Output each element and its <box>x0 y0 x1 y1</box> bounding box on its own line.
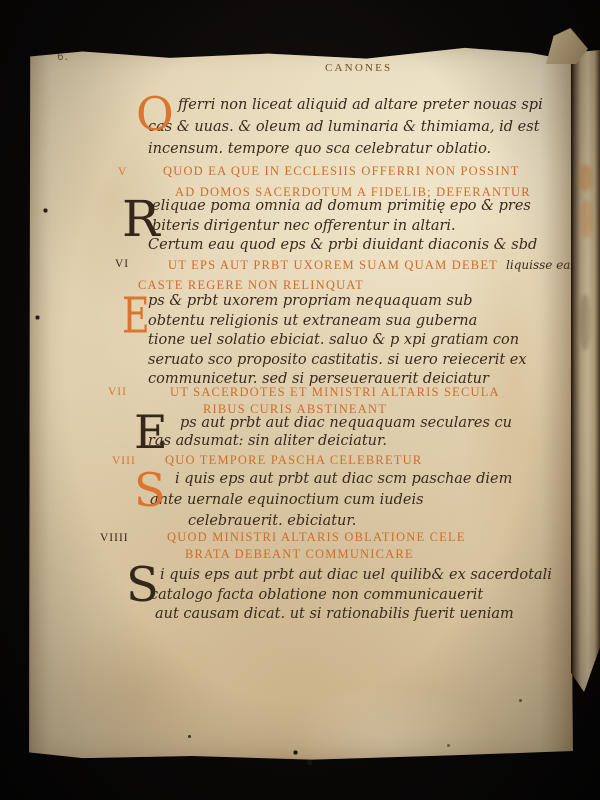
drop-cap-initial: R <box>122 194 160 244</box>
text-line: i quis eps aut prbt aut diac scm paschae… <box>148 471 600 492</box>
drop-cap-initial: S <box>126 561 159 609</box>
text-line: ante uernale equinoctium cum iudeis <box>148 492 600 513</box>
drop-cap-initial: E <box>122 291 150 340</box>
drop-cap-initial: S <box>134 467 166 513</box>
canon-paragraph: S i quis eps aut prbt aut diac uel quili… <box>148 567 600 626</box>
canon-paragraph: O fferri non liceat aliquid ad altare pr… <box>148 97 600 163</box>
chapter-numeral: VII <box>108 386 127 398</box>
ink-bleed-mark <box>579 165 592 191</box>
canon-paragraph: S i quis eps aut prbt aut diac scm pasch… <box>148 471 600 534</box>
rubric-line: UT EPS AUT PRBT UXOREM SUAM QUAM DEBETli… <box>148 258 600 278</box>
rubric-line: BRATA DEBEANT COMMUNICARE <box>148 547 600 564</box>
text-line: aut causam dicat. ut si rationabilis fue… <box>148 606 600 626</box>
rubric-heading: VIIII QUOD MINISTRI ALTARIS OBLATIONE CE… <box>148 530 600 564</box>
rubric-line: QUOD MINISTRI ALTARIS OBLATIONE CELE <box>148 530 600 547</box>
canon-paragraph: E ps aut prbt aut diac nequaquam secular… <box>148 415 600 451</box>
rubric-line: QUOD EA QUE IN ECCLESIIS OFFERRI NON POS… <box>148 164 600 185</box>
parchment-stain <box>48 615 228 765</box>
canon-paragraph: E ps & prbt uxorem propriam nequaquam su… <box>148 293 600 391</box>
ink-bleed-mark <box>580 295 590 350</box>
chapter-numeral: V <box>118 166 127 178</box>
book-fore-edge <box>571 50 600 692</box>
text-line: i quis eps aut prbt aut diac uel quilib&… <box>148 567 600 587</box>
manuscript-photo: 6. CANONES O fferri non liceat aliquid a… <box>0 0 600 800</box>
chapter-numeral: VIIII <box>100 532 129 544</box>
folio-number: 6. <box>57 51 69 63</box>
text-line: obtentu religionis ut extraneam sua gube… <box>148 313 600 333</box>
ink-bleed-mark <box>581 200 592 238</box>
chapter-numeral: VIII <box>112 455 136 467</box>
text-line: cas & uuas. & oleum ad luminaria & thimi… <box>148 119 600 141</box>
text-line: eliquae poma omnia ad domum primitię epo… <box>148 198 600 218</box>
drop-cap-initial: E <box>134 409 168 455</box>
drop-cap-initial: O <box>136 91 174 137</box>
running-title: CANONES <box>325 62 392 74</box>
chapter-numeral: VI <box>115 258 129 270</box>
text-line: tione uel solatio ebiciat. saluo & p xpi… <box>148 332 600 352</box>
parchment-page: 6. CANONES O fferri non liceat aliquid a… <box>28 45 574 761</box>
rubric-line: QUO TEMPORE PASCHA CELEBRETUR <box>148 453 600 470</box>
text-line: Certum eau quod eps & prbi diuidant diac… <box>148 237 600 257</box>
rubric-heading: VII UT SACERDOTES ET MINISTRI ALTARIS SE… <box>148 385 600 419</box>
marginal-addition: liquisse eas. <box>506 258 580 272</box>
parchment-stain <box>278 685 498 795</box>
canon-paragraph: R eliquae poma omnia ad domum primitię e… <box>148 198 600 257</box>
ink-specks <box>0 0 1 1</box>
text-line: ps aut prbt aut diac nequaquam seculares… <box>148 415 600 433</box>
rubric-heading: VIII QUO TEMPORE PASCHA CELEBRETUR <box>148 453 600 470</box>
text-line: ras adsumat: sin aliter deiciatur. <box>148 433 600 451</box>
text-line: incensum. tempore quo sca celebratur obl… <box>148 141 600 163</box>
rubric-text: UT EPS AUT PRBT UXOREM SUAM QUAM DEBET <box>168 258 498 272</box>
text-line: fferri non liceat aliquid ad altare pret… <box>148 97 600 119</box>
text-line: biteris dirigentur nec offerentur in alt… <box>148 218 600 238</box>
rubric-heading: VI UT EPS AUT PRBT UXOREM SUAM QUAM DEBE… <box>148 258 600 298</box>
rubric-line: UT SACERDOTES ET MINISTRI ALTARIS SECULA <box>148 385 600 402</box>
text-line: catalogo facta oblatione non communicaue… <box>148 587 600 607</box>
text-line: ps & prbt uxorem propriam nequaquam sub <box>148 293 600 313</box>
text-line: seruato sco proposito castitatis. si uer… <box>148 352 600 372</box>
